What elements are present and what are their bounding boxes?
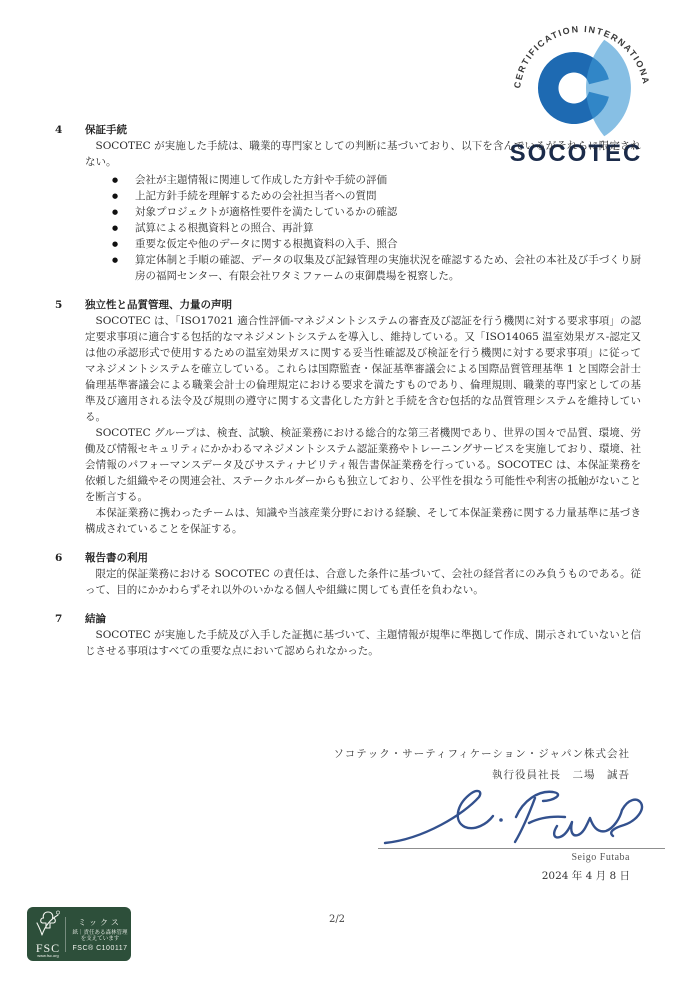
fsc-license-code: FSC® C100117 <box>70 945 130 952</box>
paragraph: SOCOTEC が実施した手続及び入手した証拠に基づいて、主題情報が規準に準拠し… <box>85 627 641 659</box>
section-heading: 5独立性と品質管理、力量の声明 <box>55 297 641 313</box>
procedure-bullet-list: ●会社が主題情報に関連して作成した方針や手続の評価●上記方針手続を理解するための… <box>85 172 641 284</box>
bullet-marker-icon: ● <box>112 204 118 220</box>
bullet-text: 会社が主題情報に関連して作成した方針や手続の評価 <box>135 174 387 186</box>
fsc-tree-icon <box>35 910 61 938</box>
paragraph: SOCOTEC が実施した手続は、職業的専門家としての判断に基づいており、以下を… <box>85 138 641 170</box>
paragraph: SOCOTEC は、「ISO17021 適合性評価-マネジメントシステムの審査及… <box>85 313 641 425</box>
section-number: 5 <box>55 297 85 313</box>
bullet-text: 上記方針手続を理解するための会社担当者への質問 <box>135 190 377 202</box>
printed-name: Seigo Futaba <box>572 852 631 863</box>
bullet-marker-icon: ● <box>112 172 118 188</box>
bullet-item: ●上記方針手続を理解するための会社担当者への質問 <box>85 188 641 204</box>
section-heading: 4保証手続 <box>55 122 641 138</box>
document-page: CERTIFICATION INTERNATIONAL SOCOTEC 4保証手… <box>0 0 692 981</box>
section-heading: 7結論 <box>55 611 641 627</box>
signer-title-and-name: 執行役員社長 二場 誠吾 <box>492 767 630 782</box>
paragraph: 本保証業務に携わったチームは、知識や当該産業分野における経験、そして本保証業務に… <box>85 505 641 537</box>
bullet-text: 算定体制と手順の確認、データの収集及び記録管理の実施状況を確認するため、会社の本… <box>135 254 641 282</box>
bullet-item: ●重要な仮定や他のデータに関する根拠資料の入手、照合 <box>85 236 641 252</box>
section-heading: 6報告書の利用 <box>55 550 641 566</box>
bullet-item: ●試算による根拠資料との照合、再計算 <box>85 220 641 236</box>
fsc-acronym: FSC <box>31 943 65 953</box>
report-date: 2024 年 4 月 8 日 <box>542 868 630 883</box>
section-title: 保証手続 <box>85 122 641 138</box>
bullet-item: ●対象プロジェクトが適格性要件を満たしているかの確認 <box>85 204 641 220</box>
fsc-right-column: ミックス 紙｜責任ある森林管理を支えています FSC® C100117 <box>65 917 130 952</box>
section-number: 6 <box>55 550 85 566</box>
section-body: SOCOTEC が実施した手続及び入手した証拠に基づいて、主題情報が規準に準拠し… <box>85 627 641 659</box>
section-title: 結論 <box>85 611 641 627</box>
bullet-text: 対象プロジェクトが適格性要件を満たしているかの確認 <box>135 206 397 218</box>
fsc-left-column: FSC www.fsc.org <box>31 910 65 958</box>
section-body: SOCOTEC は、「ISO17021 適合性評価-マネジメントシステムの審査及… <box>85 313 641 537</box>
fsc-certification-label: FSC www.fsc.org ミックス 紙｜責任ある森林管理を支えています F… <box>27 907 131 961</box>
company-name: ソコテック・サーティフィケーション・ジャパン株式会社 <box>334 746 630 761</box>
section-7: 7結論SOCOTEC が実施した手続及び入手した証拠に基づいて、主題情報が規準に… <box>55 611 641 659</box>
handwritten-signature <box>382 786 652 850</box>
bullet-text: 重要な仮定や他のデータに関する根拠資料の入手、照合 <box>135 238 398 250</box>
section-body: 限定的保証業務における SOCOTEC の責任は、合意した条件に基づいて、会社の… <box>85 566 641 598</box>
section-title: 独立性と品質管理、力量の声明 <box>85 297 641 313</box>
bullet-item: ●会社が主題情報に関連して作成した方針や手続の評価 <box>85 172 641 188</box>
bullet-marker-icon: ● <box>112 236 118 252</box>
bullet-marker-icon: ● <box>112 188 118 204</box>
fsc-paper-type: ミックス <box>70 917 130 928</box>
paragraph: SOCOTEC グループは、検査、試験、検証業務における総合的な第三者機関であり… <box>85 425 641 505</box>
section-4: 4保証手続SOCOTEC が実施した手続は、職業的専門家としての判断に基づいてお… <box>55 122 641 284</box>
bullet-item: ●算定体制と手順の確認、データの収集及び記録管理の実施状況を確認するため、会社の… <box>85 252 641 284</box>
paragraph: 限定的保証業務における SOCOTEC の責任は、合意した条件に基づいて、会社の… <box>85 566 641 598</box>
bullet-text: 試算による根拠資料との照合、再計算 <box>135 222 314 234</box>
bullet-marker-icon: ● <box>112 220 118 236</box>
signature-line <box>378 848 665 849</box>
bullet-marker-icon: ● <box>112 252 118 268</box>
section-title: 報告書の利用 <box>85 550 641 566</box>
section-5: 5独立性と品質管理、力量の声明SOCOTEC は、「ISO17021 適合性評価… <box>55 297 641 537</box>
section-number: 7 <box>55 611 85 627</box>
section-body: SOCOTEC が実施した手続は、職業的専門家としての判断に基づいており、以下を… <box>85 138 641 284</box>
section-6: 6報告書の利用限定的保証業務における SOCOTEC の責任は、合意した条件に基… <box>55 550 641 598</box>
section-number: 4 <box>55 122 85 138</box>
fsc-description: 紙｜責任ある森林管理を支えています <box>70 930 130 943</box>
report-body: 4保証手続SOCOTEC が実施した手続は、職業的専門家としての判断に基づいてお… <box>55 122 641 672</box>
